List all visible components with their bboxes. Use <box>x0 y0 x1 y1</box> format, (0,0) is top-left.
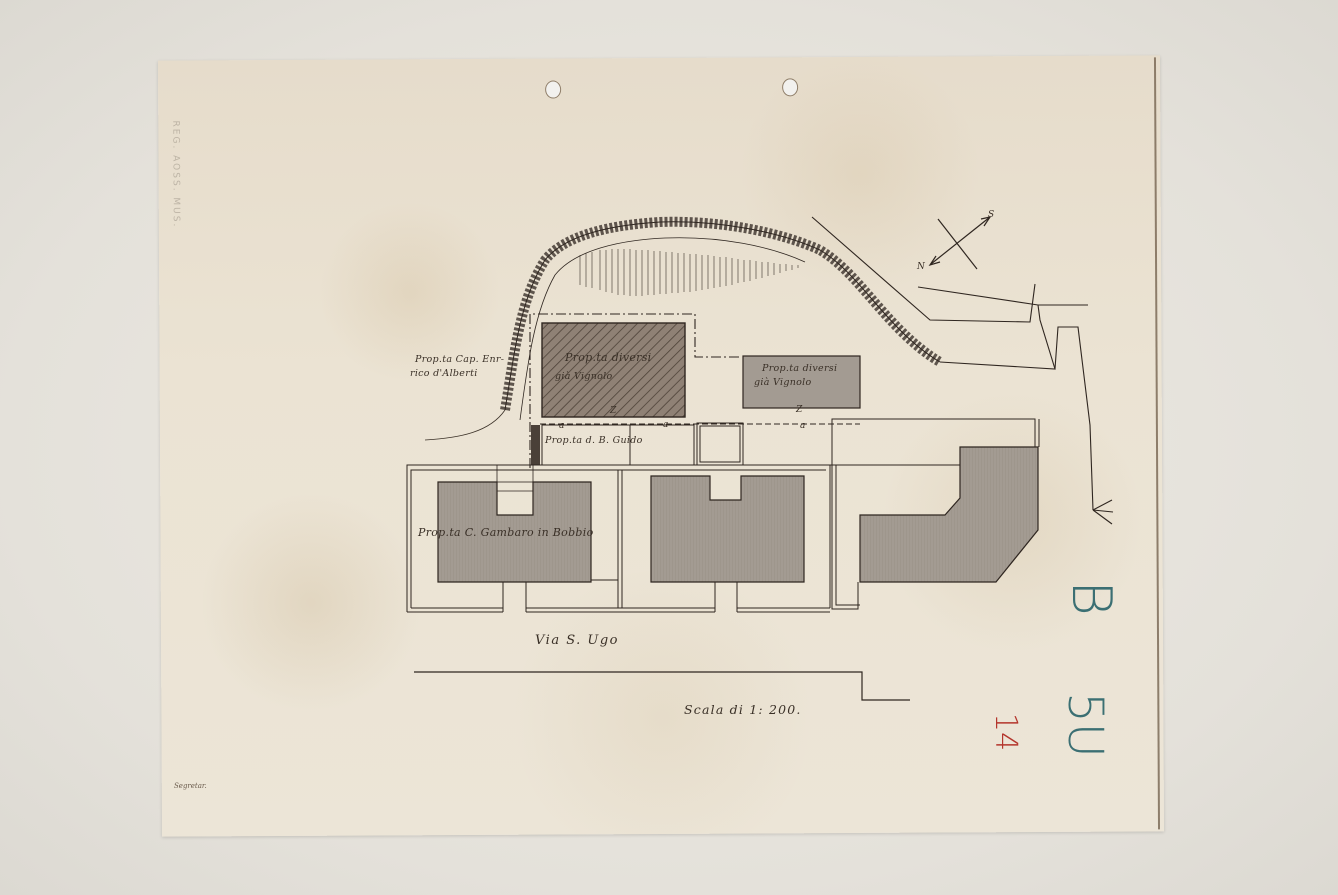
building-right <box>860 447 1038 582</box>
label-prop-guido: Prop.ta d. B. Guido <box>545 435 643 446</box>
parcel-hatched <box>542 323 685 417</box>
label-prop-diversi-right-line1: Prop.ta diversi <box>762 363 837 374</box>
pencil-annotation-red-14: 14 <box>985 707 1025 757</box>
slope-hachures <box>580 249 798 296</box>
compass-rose <box>930 217 990 269</box>
svg-text:Z: Z <box>609 406 617 416</box>
street-lines <box>414 672 910 700</box>
label-street-via-s-ugo: Via S. Ugo <box>535 633 619 648</box>
corner-note: Segretar. <box>174 782 207 790</box>
label-prop-diversi-hatched-line1: Prop.ta diversi <box>565 351 652 364</box>
svg-text:Z: Z <box>795 405 803 415</box>
building-middle <box>651 476 804 582</box>
label-scale: Scala di 1: 200. <box>684 702 802 717</box>
pencil-annotation-blue-b: B <box>1056 563 1126 633</box>
label-prop-diversi-hatched-line2: già Vignolo <box>555 371 613 382</box>
label-prop-diversi-right-line2: già Vignolo <box>754 377 812 388</box>
compass-north-label: N <box>917 262 925 272</box>
boundary-curve <box>425 410 505 440</box>
label-prop-gambaro: Prop.ta C. Gambaro in Bobbio <box>418 526 594 539</box>
label-prop-alberti-line1: Prop.ta Cap. Enr- <box>415 354 504 365</box>
compass-south-label: S <box>988 210 994 220</box>
label-prop-alberti-line2: rico d'Alberti <box>410 368 478 379</box>
svg-text:a: a <box>800 421 805 431</box>
svg-text:a: a <box>663 420 668 430</box>
wall-post <box>531 425 540 465</box>
pencil-annotation-blue-5u: 5U <box>1030 680 1140 770</box>
svg-text:a: a <box>559 421 564 431</box>
